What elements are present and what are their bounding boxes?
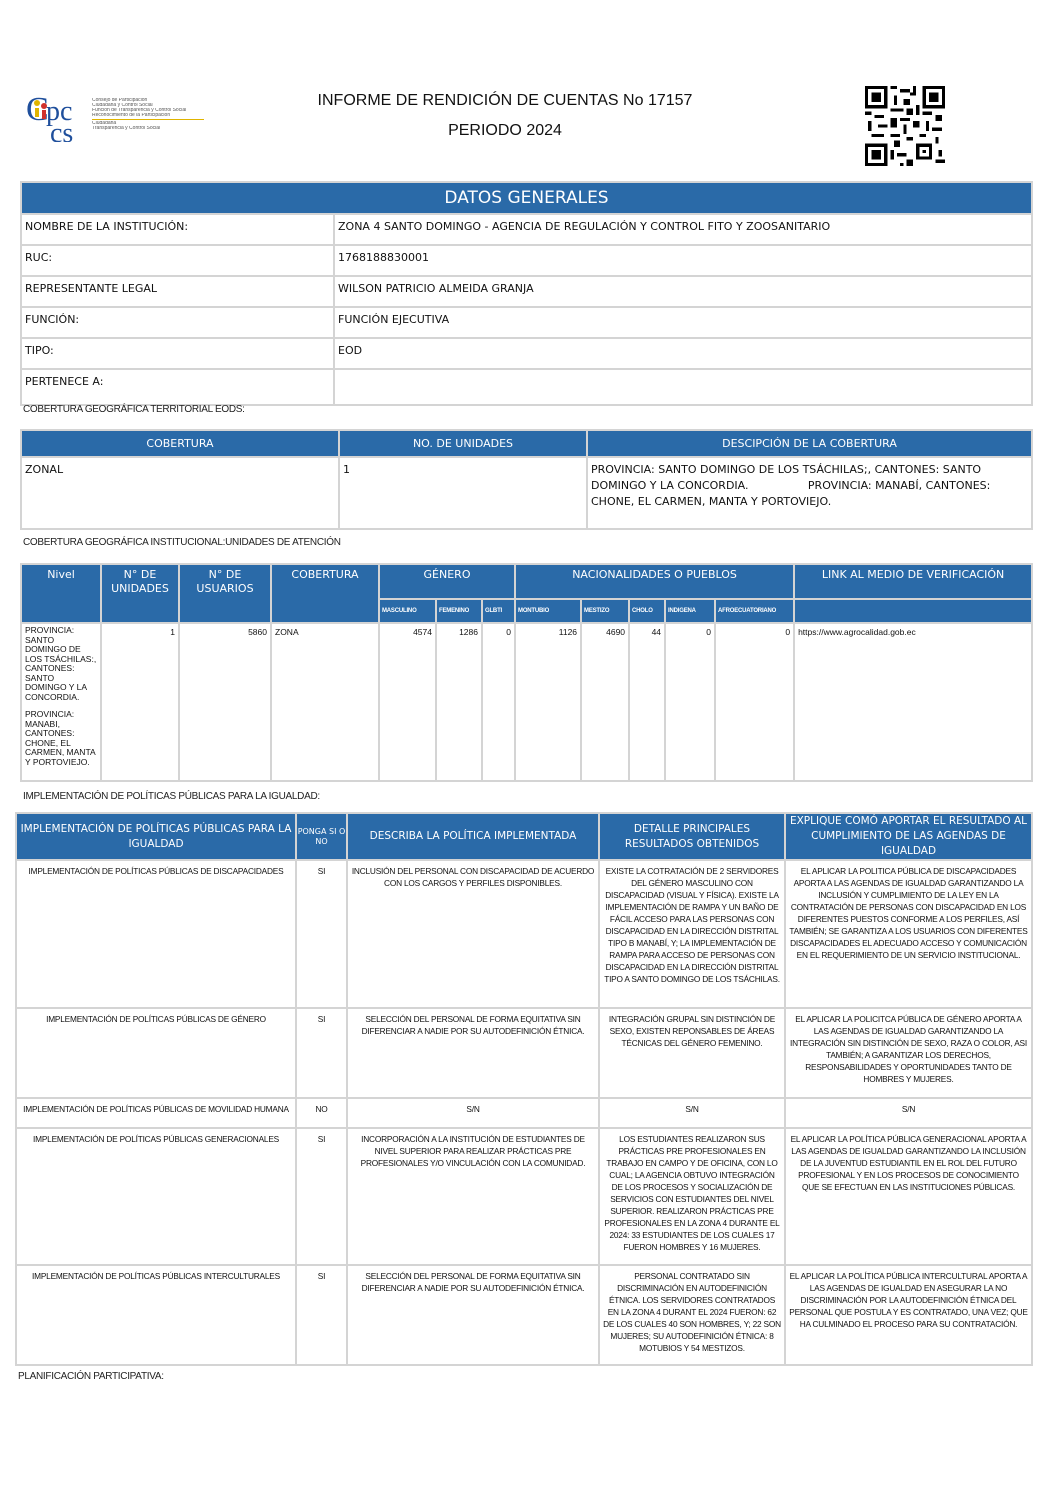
resultados-value: S/N: [599, 1098, 785, 1128]
pertenece-label: PERTENECE A:: [21, 369, 334, 405]
glbti-value: 0: [482, 623, 515, 781]
aporte-value: EL APLICAR LA POLÍTICA PÚBLICA INTERCULT…: [785, 1265, 1032, 1365]
ruc-value: 1768188830001: [334, 245, 1032, 276]
si-no-value: NO: [296, 1098, 347, 1128]
datos-generales-table: DATOS GENERALES NOMBRE DE LA INSTITUCIÓN…: [20, 181, 1033, 406]
col-mestizo: MESTIZO: [581, 599, 629, 623]
col-no-unidades: NO. DE UNIDADES: [339, 430, 587, 457]
cpccs-logo: C pc cs Consejo de Participación Ciudada…: [26, 90, 206, 145]
col-montubio: MONTUBIO: [515, 599, 581, 623]
col-afroecuatoriano: AFROECUATORIANO: [715, 599, 794, 623]
col-glbti: GLBTI: [482, 599, 515, 623]
afroecuatoriano-value: 0: [715, 623, 794, 781]
politica-name: IMPLEMENTACIÓN DE POLÍTICAS PÚBLICAS DE …: [16, 860, 296, 1008]
col-cobertura: COBERTURA: [271, 564, 379, 623]
politica-name: IMPLEMENTACIÓN DE POLÍTICAS PÚBLICAS INT…: [16, 1265, 296, 1365]
qr-code-icon: [865, 86, 945, 166]
cobertura-territorial-caption: COBERTURA GEOGRÁFICA TERRITORIAL EODS:: [23, 404, 245, 415]
nivel-line: PROVINCIA: SANTO DOMINGO DE LOS TSÁCHILA…: [25, 626, 97, 702]
representante-value: WILSON PATRICIO ALMEIDA GRANJA: [334, 276, 1032, 307]
report-period: PERIODO 2024: [240, 122, 770, 140]
table-row: IMPLEMENTACIÓN DE POLÍTICAS PÚBLICAS DE …: [16, 860, 1032, 1008]
indigena-value: 0: [665, 623, 715, 781]
aporte-value: EL APLICAR LA POLICITCA PÚBLICA DE GÉNER…: [785, 1008, 1032, 1098]
aporte-value: S/N: [785, 1098, 1032, 1128]
politica-name: IMPLEMENTACIÓN DE POLÍTICAS PÚBLICAS DE …: [16, 1098, 296, 1128]
col-descripcion: DESCIPCIÓN DE LA COBERTURA: [587, 430, 1032, 457]
col-si-no: PONGA SI O NO: [296, 813, 347, 860]
descripcion-value: SELECCIÓN DEL PERSONAL DE FORMA EQUITATI…: [347, 1008, 599, 1098]
politica-name: IMPLEMENTACIÓN DE POLÍTICAS PÚBLICAS DE …: [16, 1008, 296, 1098]
table-row: IMPLEMENTACIÓN DE POLÍTICAS PÚBLICAS GEN…: [16, 1128, 1032, 1265]
si-no-value: SI: [296, 1265, 347, 1365]
resultados-value: LOS ESTUDIANTES REALIZARON SUS PRÁCTICAS…: [599, 1128, 785, 1265]
nivel-line: PROVINCIA: MANABI, CANTONES: CHONE, EL C…: [25, 710, 97, 767]
pertenece-value: [334, 369, 1032, 405]
logo-line: Transparencia y Control Social: [92, 126, 204, 131]
table-row: ZONAL 1 PROVINCIA: SANTO DOMINGO DE LOS …: [21, 457, 1032, 529]
cobertura-institucional-caption: COBERTURA GEOGRÁFICA INSTITUCIONAL:UNIDA…: [23, 537, 341, 548]
table-row: NOMBRE DE LA INSTITUCIÓN: ZONA 4 SANTO D…: [21, 214, 1032, 245]
descripcion-value: PROVINCIA: SANTO DOMINGO DE LOS TSÁCHILA…: [587, 457, 1032, 529]
politicas-caption: IMPLEMENTACIÓN DE POLÍTICAS PÚBLICAS PAR…: [23, 791, 320, 802]
si-no-value: SI: [296, 1128, 347, 1265]
col-usuarios: N° DE USUARIOS: [179, 564, 271, 623]
datos-generales-title: DATOS GENERALES: [21, 182, 1032, 214]
descripcion-value: S/N: [347, 1098, 599, 1128]
col-nacionalidades: NACIONALIDADES O PUEBLOS: [515, 564, 794, 599]
col-cholo: CHOLO: [629, 599, 665, 623]
col-indigena: INDIGENA: [665, 599, 715, 623]
table-row: PERTENECE A:: [21, 369, 1032, 405]
mestizo-value: 4690: [581, 623, 629, 781]
table-row: RUC: 1768188830001: [21, 245, 1032, 276]
logo-line: Reconocimiento de la Participación: [92, 113, 204, 118]
cobertura-territorial-table: COBERTURA NO. DE UNIDADES DESCIPCIÓN DE …: [20, 429, 1033, 530]
table-row: IMPLEMENTACIÓN DE POLÍTICAS PÚBLICAS DE …: [16, 1008, 1032, 1098]
institucion-value: ZONA 4 SANTO DOMINGO - AGENCIA DE REGULA…: [334, 214, 1032, 245]
svg-text:cs: cs: [50, 118, 73, 142]
funcion-value: FUNCIÓN EJECUTIVA: [334, 307, 1032, 338]
montubio-value: 1126: [515, 623, 581, 781]
col-unidades: N° DE UNIDADES: [101, 564, 179, 623]
cobertura-value: ZONAL: [21, 457, 339, 529]
col-nivel: Nivel: [21, 564, 101, 623]
cholo-value: 44: [629, 623, 665, 781]
funcion-label: FUNCIÓN:: [21, 307, 334, 338]
col-descripcion: DESCRIBA LA POLÍTICA IMPLEMENTADA: [347, 813, 599, 860]
descripcion-value: INCLUSIÓN DEL PERSONAL CON DISCAPACIDAD …: [347, 860, 599, 1008]
table-row: PROVINCIA: SANTO DOMINGO DE LOS TSÁCHILA…: [21, 623, 1032, 781]
aporte-value: EL APLICAR LA POLÍTICA PÚBLICA GENERACIO…: [785, 1128, 1032, 1265]
col-cobertura: COBERTURA: [21, 430, 339, 457]
col-politica: IMPLEMENTACIÓN DE POLÍTICAS PÚBLICAS PAR…: [16, 813, 296, 860]
si-no-value: SI: [296, 1008, 347, 1098]
resultados-value: PERSONAL CONTRATADO SIN DISCRIMINACIÓN E…: [599, 1265, 785, 1365]
col-aporte: EXPLIQUE COMÓ APORTAR EL RESULTADO AL CU…: [785, 813, 1032, 860]
planificacion-caption: PLANIFICACIÓN PARTICIPATIVA:: [18, 1371, 164, 1382]
unidades-atencion-table: Nivel N° DE UNIDADES N° DE USUARIOS COBE…: [20, 563, 1033, 782]
representante-label: REPRESENTANTE LEGAL: [21, 276, 334, 307]
unidades-value: 1: [101, 623, 179, 781]
col-femenino: FEMENINO: [436, 599, 482, 623]
logo-text: Consejo de Participación Ciudadana y Con…: [92, 98, 204, 131]
tipo-value: EOD: [334, 338, 1032, 369]
resultados-value: EXISTE LA COTRATACIÓN DE 2 SERVIDORES DE…: [599, 860, 785, 1008]
table-row: IMPLEMENTACIÓN DE POLÍTICAS PÚBLICAS INT…: [16, 1265, 1032, 1365]
col-link-sub: [794, 599, 1032, 623]
col-link: LINK AL MEDIO DE VERIFICACIÓN: [794, 564, 1032, 599]
femenino-value: 1286: [436, 623, 482, 781]
cobertura-value: ZONA: [271, 623, 379, 781]
col-genero: GÉNERO: [379, 564, 515, 599]
col-masculino: MASCULINO: [379, 599, 436, 623]
cpccs-logo-icon: C pc cs: [26, 90, 92, 142]
resultados-value: INTEGRACIÓN GRUPAL SIN DISTINCIÓN DE SEX…: [599, 1008, 785, 1098]
verification-link[interactable]: https://www.agrocalidad.gob.ec: [794, 623, 1032, 781]
table-row: REPRESENTANTE LEGAL WILSON PATRICIO ALME…: [21, 276, 1032, 307]
table-row: IMPLEMENTACIÓN DE POLÍTICAS PÚBLICAS DE …: [16, 1098, 1032, 1128]
table-row: FUNCIÓN: FUNCIÓN EJECUTIVA: [21, 307, 1032, 338]
usuarios-value: 5860: [179, 623, 271, 781]
masculino-value: 4574: [379, 623, 436, 781]
logo-divider: [92, 119, 204, 120]
aporte-value: EL APLICAR LA POLITICA PÚBLICA DE DISCAP…: [785, 860, 1032, 1008]
nivel-value: PROVINCIA: SANTO DOMINGO DE LOS TSÁCHILA…: [21, 623, 101, 781]
institucion-label: NOMBRE DE LA INSTITUCIÓN:: [21, 214, 334, 245]
report-title: INFORME DE RENDICIÓN DE CUENTAS No 17157: [240, 92, 770, 110]
tipo-label: TIPO:: [21, 338, 334, 369]
politicas-table: IMPLEMENTACIÓN DE POLÍTICAS PÚBLICAS PAR…: [15, 812, 1033, 1366]
ruc-label: RUC:: [21, 245, 334, 276]
col-resultados: DETALLE PRINCIPALES RESULTADOS OBTENIDOS: [599, 813, 785, 860]
politica-name: IMPLEMENTACIÓN DE POLÍTICAS PÚBLICAS GEN…: [16, 1128, 296, 1265]
si-no-value: SI: [296, 860, 347, 1008]
descripcion-value: SELECCIÓN DEL PERSONAL DE FORMA EQUITATI…: [347, 1265, 599, 1365]
descripcion-value: INCORPORACIÓN A LA INSTITUCIÓN DE ESTUDI…: [347, 1128, 599, 1265]
table-row: TIPO: EOD: [21, 338, 1032, 369]
unidades-value: 1: [339, 457, 587, 529]
